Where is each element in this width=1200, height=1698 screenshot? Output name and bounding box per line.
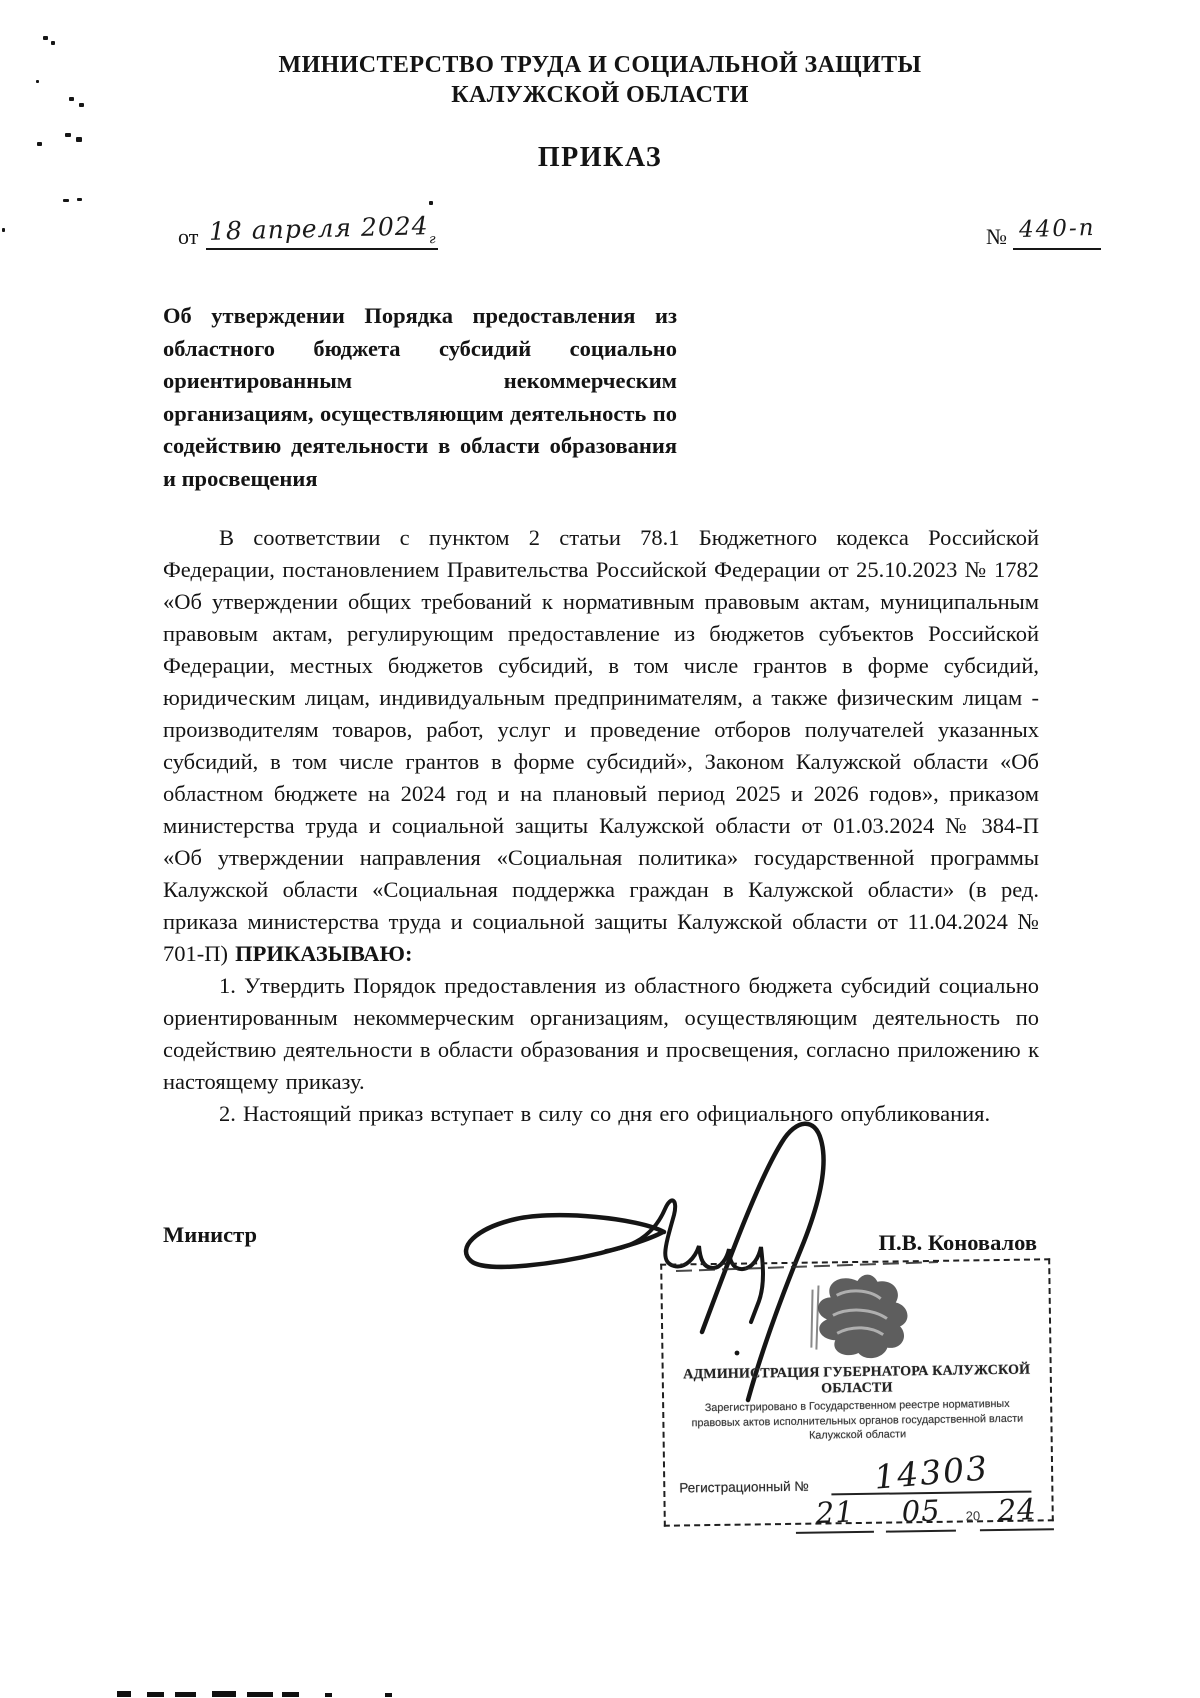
stamp-regnum-blank-line: 14303 (831, 1455, 1032, 1496)
stamp-date-year-line: 24 (980, 1496, 1054, 1531)
date-number-row: от18 апреля 2024г №440-п (0, 206, 1200, 254)
order-body: В соответствии с пунктом 2 статьи 78.1 Б… (163, 522, 1039, 1130)
date-suffix-handwritten: г (428, 225, 435, 255)
stamp-ink-scribble-icon (802, 1268, 913, 1370)
date-from-label: от (178, 224, 198, 249)
preamble-paragraph: В соответствии с пунктом 2 статьи 78.1 Б… (163, 522, 1039, 970)
scan-speck (77, 198, 82, 201)
point-1-paragraph: 1. Утвердить Порядок предоставления из о… (163, 970, 1039, 1098)
letterhead-line2: КАЛУЖСКОЙ ОБЛАСТИ (0, 80, 1200, 110)
stamp-date-day-handwritten: 21 (815, 1499, 855, 1527)
stamp-date-year-prefix: 20 (966, 1501, 981, 1531)
point-2-paragraph: 2. Настоящий приказ вступает в силу со д… (163, 1098, 1039, 1130)
prikaz-keyword: ПРИКАЗЫВАЮ: (235, 941, 412, 966)
stamp-date-row: 21052024 (795, 1496, 1075, 1534)
stamp-registration-number-row: Регистрационный № 14303 (679, 1456, 1040, 1501)
scan-speck (429, 201, 433, 205)
number-sign-label: № (986, 224, 1007, 249)
preamble-text: В соответствии с пунктом 2 статьи 78.1 Б… (163, 525, 1039, 966)
signature-row: Министр П.В. Коновалов (163, 1222, 1037, 1248)
letterhead: МИНИСТЕРСТВО ТРУДА И СОЦИАЛЬНОЙ ЗАЩИТЫ К… (0, 50, 1200, 110)
bottom-cutoff-mark (325, 1693, 332, 1697)
bottom-cutoff-mark (247, 1692, 273, 1697)
stamp-date-month-handwritten: 05 (901, 1497, 941, 1525)
number-handwritten: 440-п (1018, 213, 1095, 245)
bottom-cutoff-mark (175, 1692, 196, 1697)
stamp-regnum-label: Регистрационный № (679, 1479, 809, 1496)
bottom-cutoff-mark (117, 1691, 131, 1697)
stamp-date-day-line: 21 (795, 1499, 873, 1534)
document-type-heading: ПРИКАЗ (0, 142, 1200, 174)
number-blank-line: 440-п (1013, 214, 1101, 250)
stamp-regnum-handwritten: 14303 (872, 1451, 989, 1495)
stamp-org-line: АДМИНИСТРАЦИЯ ГУБЕРНАТОРА КАЛУЖСКОЙ ОБЛА… (664, 1362, 1050, 1399)
scan-speck (43, 36, 48, 40)
bottom-cutoff-mark (385, 1693, 392, 1697)
date-field: от18 апреля 2024г (178, 214, 438, 250)
bottom-cutoff-mark (212, 1691, 236, 1697)
stamp-registered-text: Зарегистрировано в Государственном реест… (664, 1396, 1051, 1445)
order-title: Об утверждении Порядка предоставления из… (163, 300, 677, 495)
letterhead-line1: МИНИСТЕРСТВО ТРУДА И СОЦИАЛЬНОЙ ЗАЩИТЫ (0, 50, 1200, 80)
scan-speck (63, 199, 69, 202)
bottom-cutoff-mark (147, 1692, 164, 1697)
signer-position: Министр (163, 1222, 257, 1247)
date-blank-line: 18 апреля 2024г (206, 214, 438, 250)
registration-stamp: АДМИНИСТРАЦИЯ ГУБЕРНАТОРА КАЛУЖСКОЙ ОБЛА… (660, 1258, 1054, 1526)
stamp-date-month-line: 05 (885, 1498, 955, 1533)
number-field: №440-п (986, 214, 1101, 250)
scan-speck (51, 41, 55, 45)
stamp-date-year-handwritten: 24 (997, 1496, 1037, 1524)
scanned-order-document: МИНИСТЕРСТВО ТРУДА И СОЦИАЛЬНОЙ ЗАЩИТЫ К… (0, 0, 1200, 1698)
bottom-cutoff-mark (282, 1692, 299, 1697)
scan-speck (65, 133, 71, 137)
signer-name: П.В. Коновалов (878, 1230, 1037, 1256)
date-handwritten: 18 апреля 2024 (209, 211, 429, 247)
